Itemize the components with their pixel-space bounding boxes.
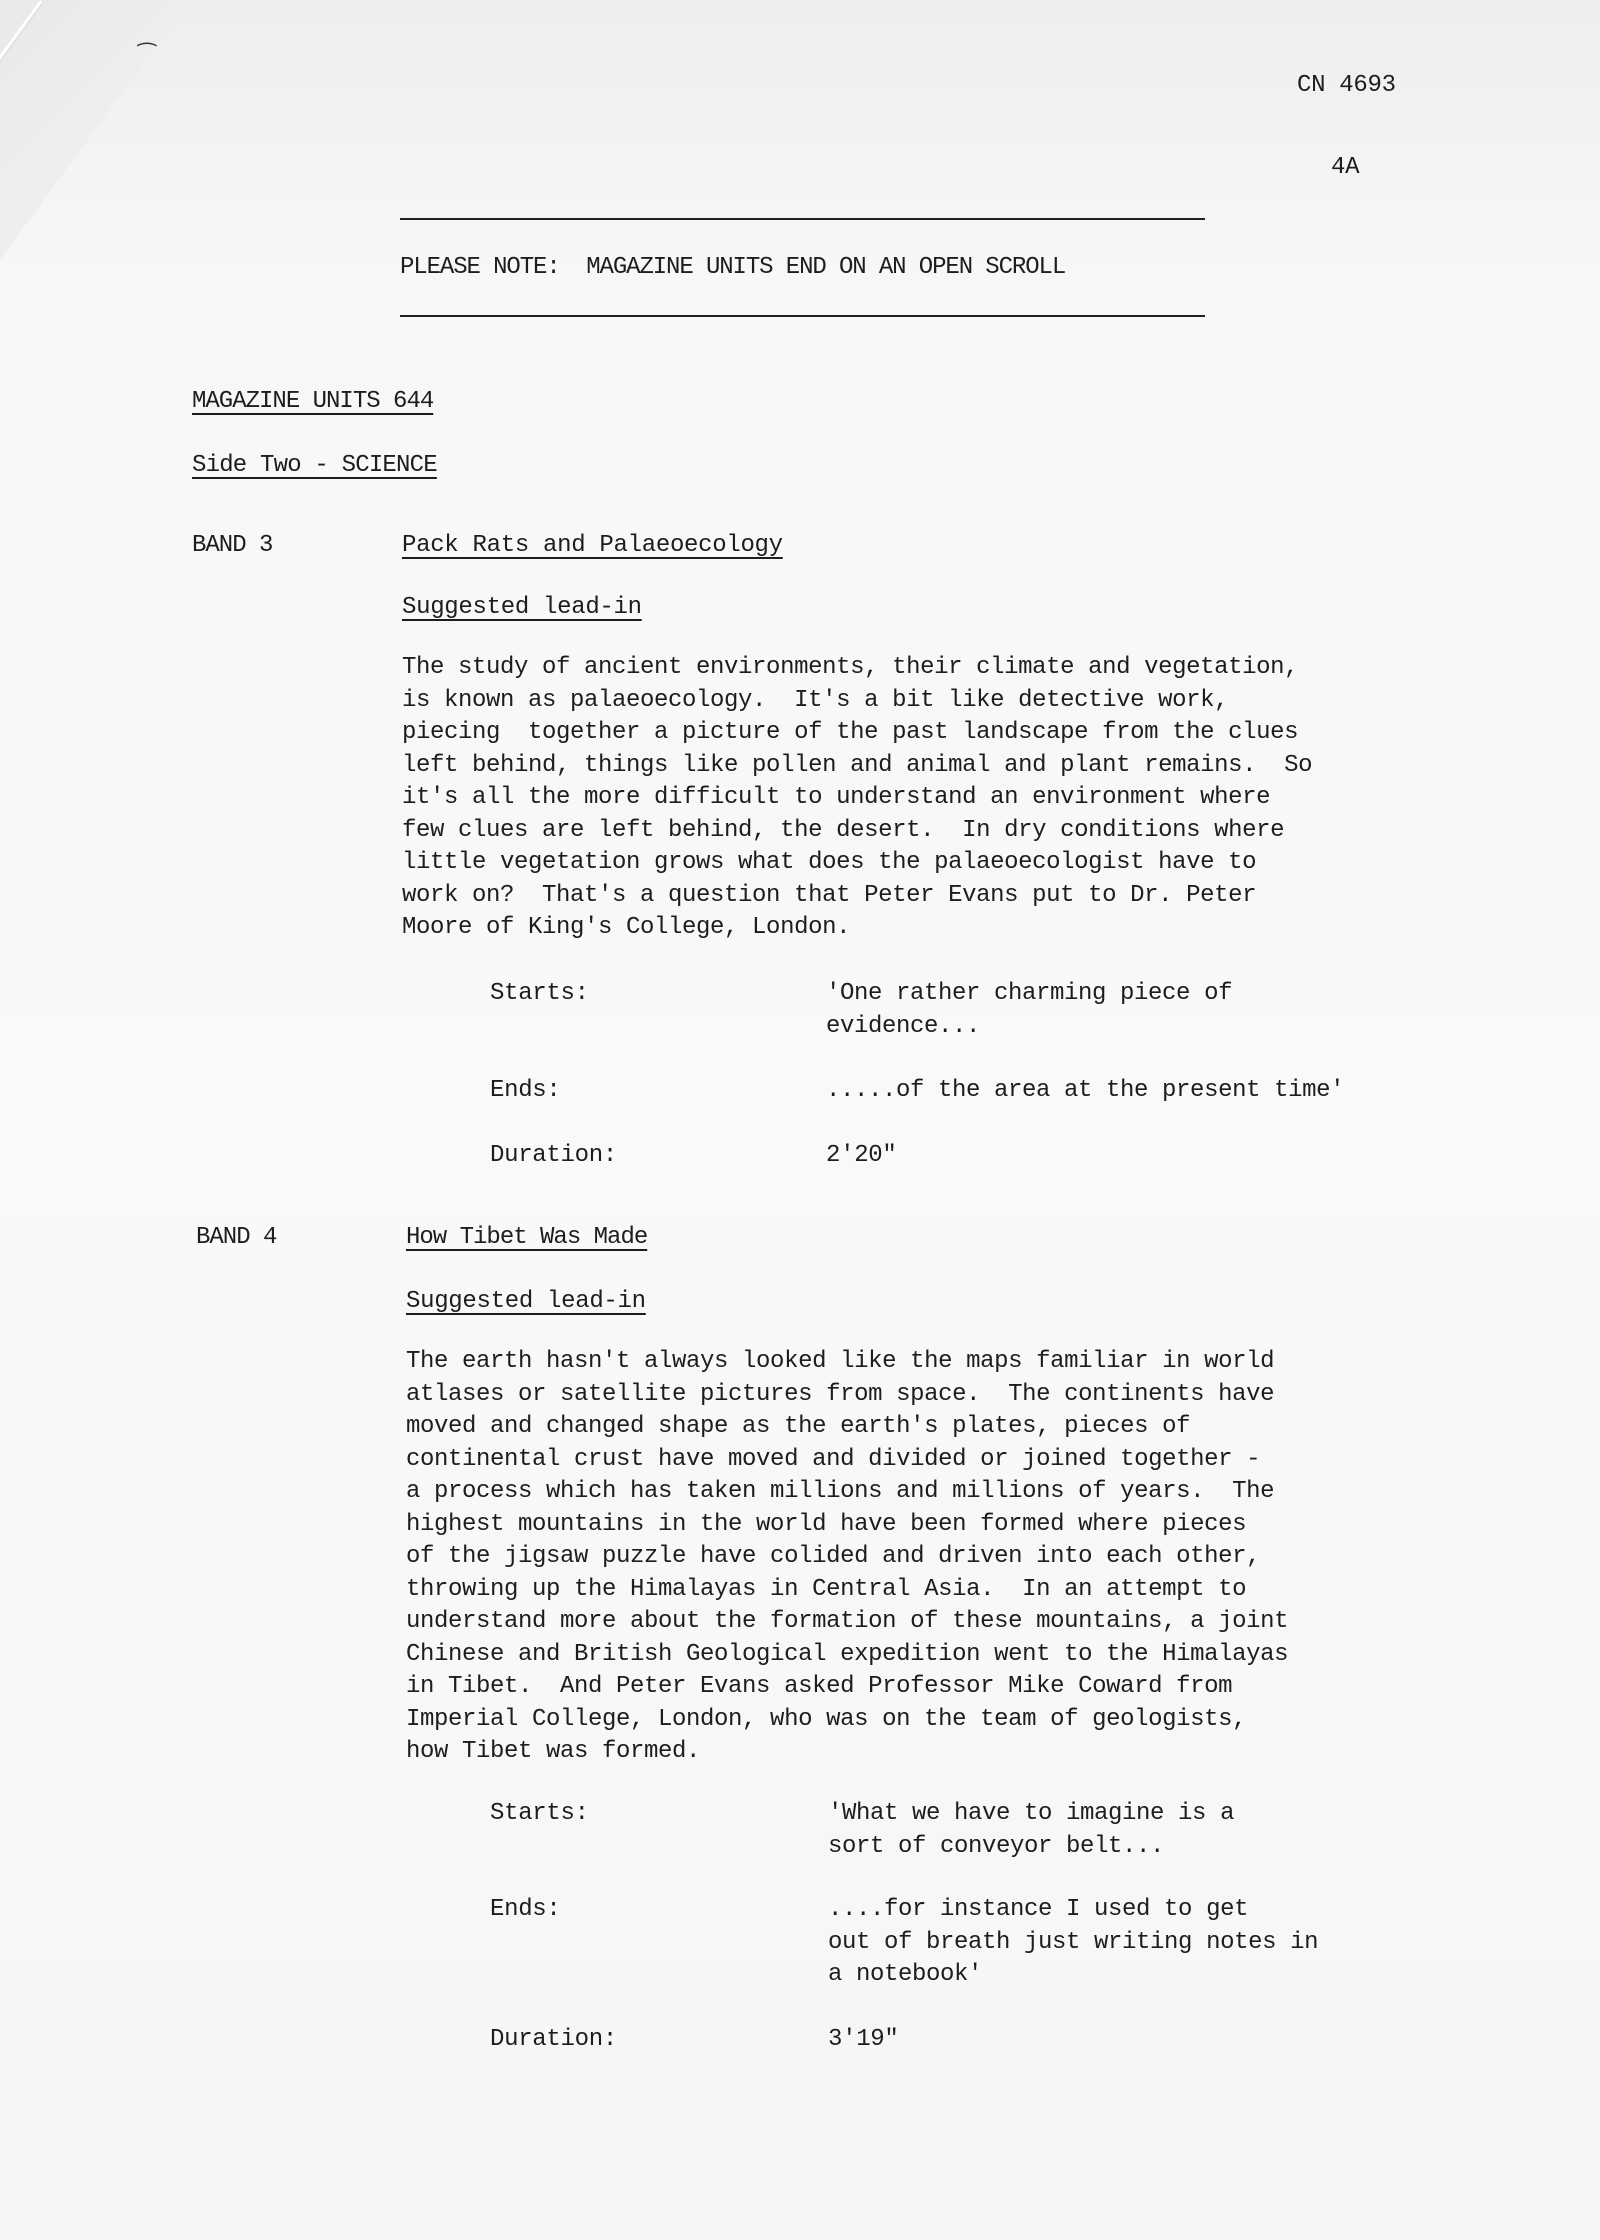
- reference-number: CN 4693: [1297, 70, 1396, 102]
- ends-cue: ....for instance I used to get out of br…: [828, 1894, 1318, 1992]
- document-page: ⁀ CN 4693 4A PLEASE NOTE: MAGAZINE UNITS…: [0, 0, 1600, 2240]
- duration-label: Duration:: [490, 1140, 617, 1172]
- margin-mark-icon: ⁀: [138, 44, 156, 70]
- leadin-paragraph: The earth hasn't always looked like the …: [406, 1346, 1288, 1769]
- duration-value: 3'19": [828, 2024, 899, 2056]
- page-label: 4A: [1331, 152, 1359, 184]
- band-label: BAND 4: [196, 1222, 276, 1254]
- side-title: Side Two - SCIENCE: [192, 450, 437, 482]
- notice-rule-top: [400, 218, 1205, 220]
- band-title: How Tibet Was Made: [406, 1222, 647, 1254]
- ends-cue: .....of the area at the present time': [826, 1075, 1344, 1108]
- leadin-heading: Suggested lead-in: [402, 592, 642, 624]
- ends-label: Ends:: [490, 1075, 561, 1107]
- band-label: BAND 3: [192, 530, 272, 562]
- leadin-heading: Suggested lead-in: [406, 1286, 646, 1318]
- leadin-paragraph: The study of ancient environments, their…: [402, 652, 1312, 945]
- ends-label: Ends:: [490, 1894, 561, 1926]
- duration-label: Duration:: [490, 2024, 617, 2056]
- starts-label: Starts:: [490, 1798, 589, 1830]
- band-title: Pack Rats and Palaeoecology: [402, 530, 783, 562]
- starts-cue: 'What we have to imagine is a sort of co…: [828, 1798, 1234, 1863]
- starts-label: Starts:: [490, 978, 589, 1010]
- folded-corner: [0, 0, 190, 260]
- notice-rule-bottom: [400, 315, 1205, 317]
- series-title: MAGAZINE UNITS 644: [192, 386, 433, 418]
- starts-cue: 'One rather charming piece of evidence..…: [826, 978, 1232, 1043]
- notice-text: PLEASE NOTE: MAGAZINE UNITS END ON AN OP…: [400, 252, 1065, 284]
- duration-value: 2'20": [826, 1140, 897, 1172]
